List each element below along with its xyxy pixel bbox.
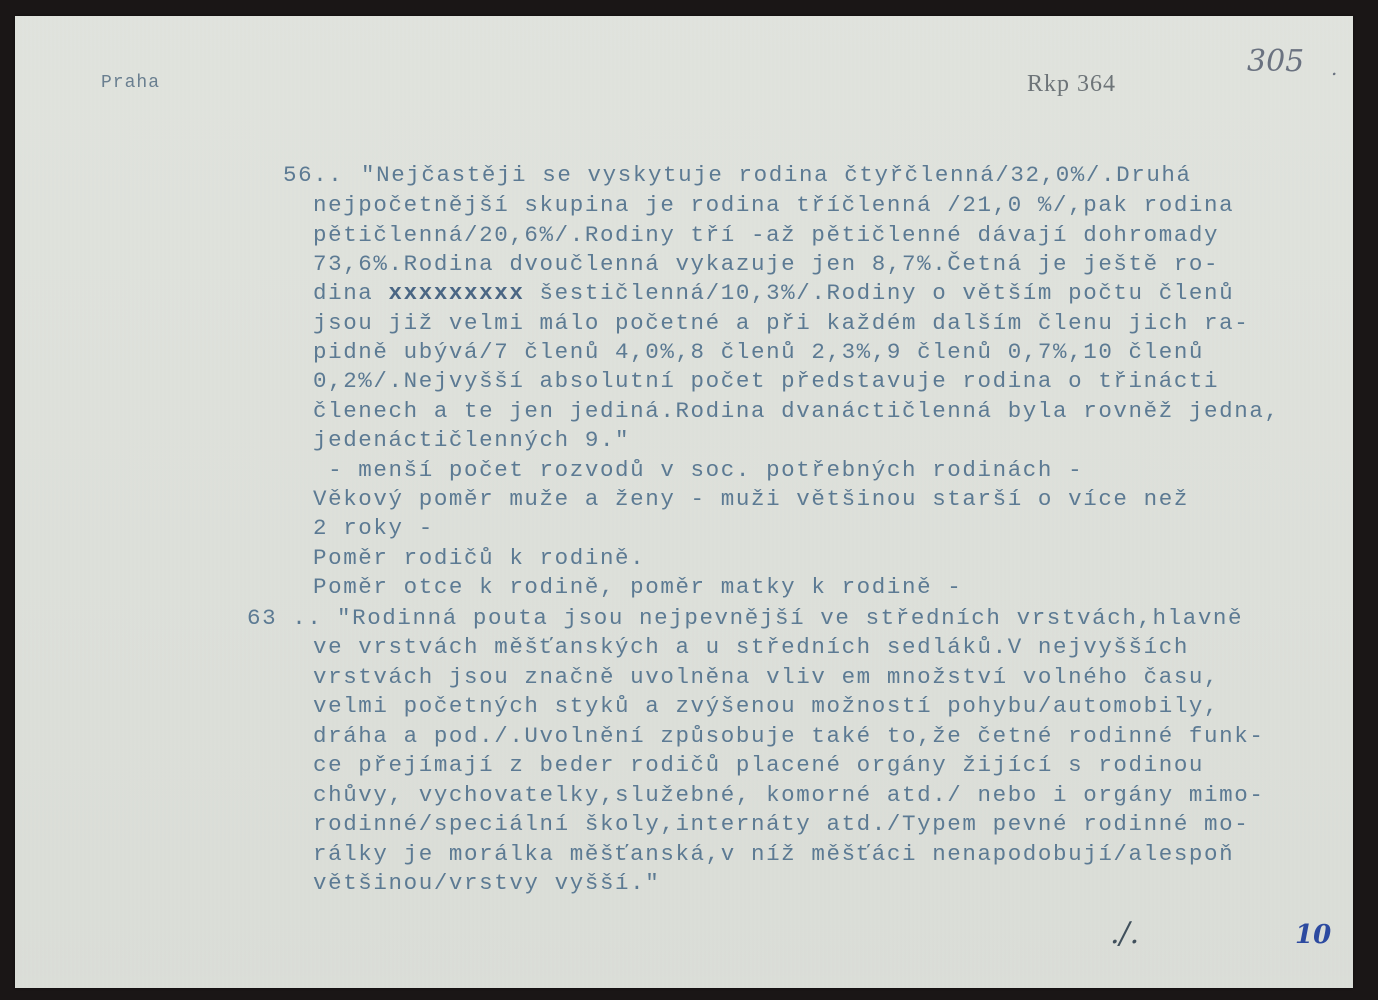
manuscript-reference: Rkp 364 <box>1027 72 1116 96</box>
page-number: 10 <box>1295 920 1331 950</box>
section-63-line-7: chůvy, vychovatelky,služebné, komorné at… <box>313 784 1264 807</box>
section-56-line-6: jsou již velmi málo početné a při každém… <box>313 312 1249 335</box>
document-page: Praha Rkp 364 305 . 56.. "Nejčastěji se … <box>15 16 1353 988</box>
note-line-2: Věkový poměr muže a ženy - muži většinou… <box>313 488 1189 511</box>
section-63-line-4: velmi početných styků a zvýšenou možnost… <box>313 695 1219 718</box>
section-56-line-9: členech a te jen jediná.Rodina dvanáctič… <box>313 400 1280 423</box>
struck-out-word: xxxxxxxxx <box>389 280 525 306</box>
note-line-4: Poměr rodičů k rodině. <box>313 547 645 570</box>
section-56-line-4: 73,6%.Rodina dvoučlenná vykazuje jen 8,7… <box>313 253 1219 276</box>
section-63-line-2: ve vrstvách měšťanských a u středních se… <box>313 636 1189 659</box>
section-56-line-7: pidně ubývá/7 členů 4,0%,8 členů 2,3%,9 … <box>313 341 1204 364</box>
section-number-56: 56.. <box>283 164 343 187</box>
note-line-3: 2 roky - <box>313 517 434 540</box>
section-number-63: 63 .. <box>247 607 323 630</box>
folio-number: 305 <box>1247 44 1304 79</box>
section-63-line-1: "Rodinná pouta jsou nejpevnější ve střed… <box>337 607 1243 630</box>
section-56-line-3: pětičlenná/20,6%/.Rodiny tří -až pětičle… <box>313 224 1219 247</box>
section-56-line-1: "Nejčastěji se vyskytuje rodina čtyřčlen… <box>361 164 1192 187</box>
place-header: Praha <box>101 74 160 92</box>
section-56-line-2: nejpočetnější skupina je rodina tříčlenn… <box>313 194 1234 217</box>
section-56-line-8: 0,2%/.Nejvyšší absolutní počet představu… <box>313 370 1219 393</box>
folio-dot: . <box>1331 56 1337 80</box>
section-63-line-6: ce přejímají z beder rodičů placené orgá… <box>313 754 1204 777</box>
section-63-line-5: dráha a pod./.Uvolnění způsobuje také to… <box>313 725 1264 748</box>
section-63-line-9: rálky je morálka měšťanská,v níž měšťáci… <box>313 843 1234 866</box>
note-line-1: - menší počet rozvodů v soc. potřebných … <box>313 459 1083 482</box>
section-63-line-3: vrstvách jsou značně uvolněna vliv em mn… <box>313 666 1219 689</box>
section-56-line-10: jedenáctičlenných 9." <box>313 429 630 452</box>
continuation-mark: ./. <box>1110 916 1139 951</box>
note-line-5: Poměr otce k rodině, poměr matky k rodin… <box>313 576 962 599</box>
line-prefix: dina <box>313 280 389 306</box>
section-63-line-10: většinou/vrstvy vyšší." <box>313 872 660 895</box>
line-suffix: šestičlenná/10,3%/.Rodiny o větším počtu… <box>524 280 1234 306</box>
section-56-line-5: dina xxxxxxxxx šestičlenná/10,3%/.Rodiny… <box>313 282 1234 305</box>
section-63-line-8: rodinné/speciální školy,internáty atd./T… <box>313 813 1249 836</box>
